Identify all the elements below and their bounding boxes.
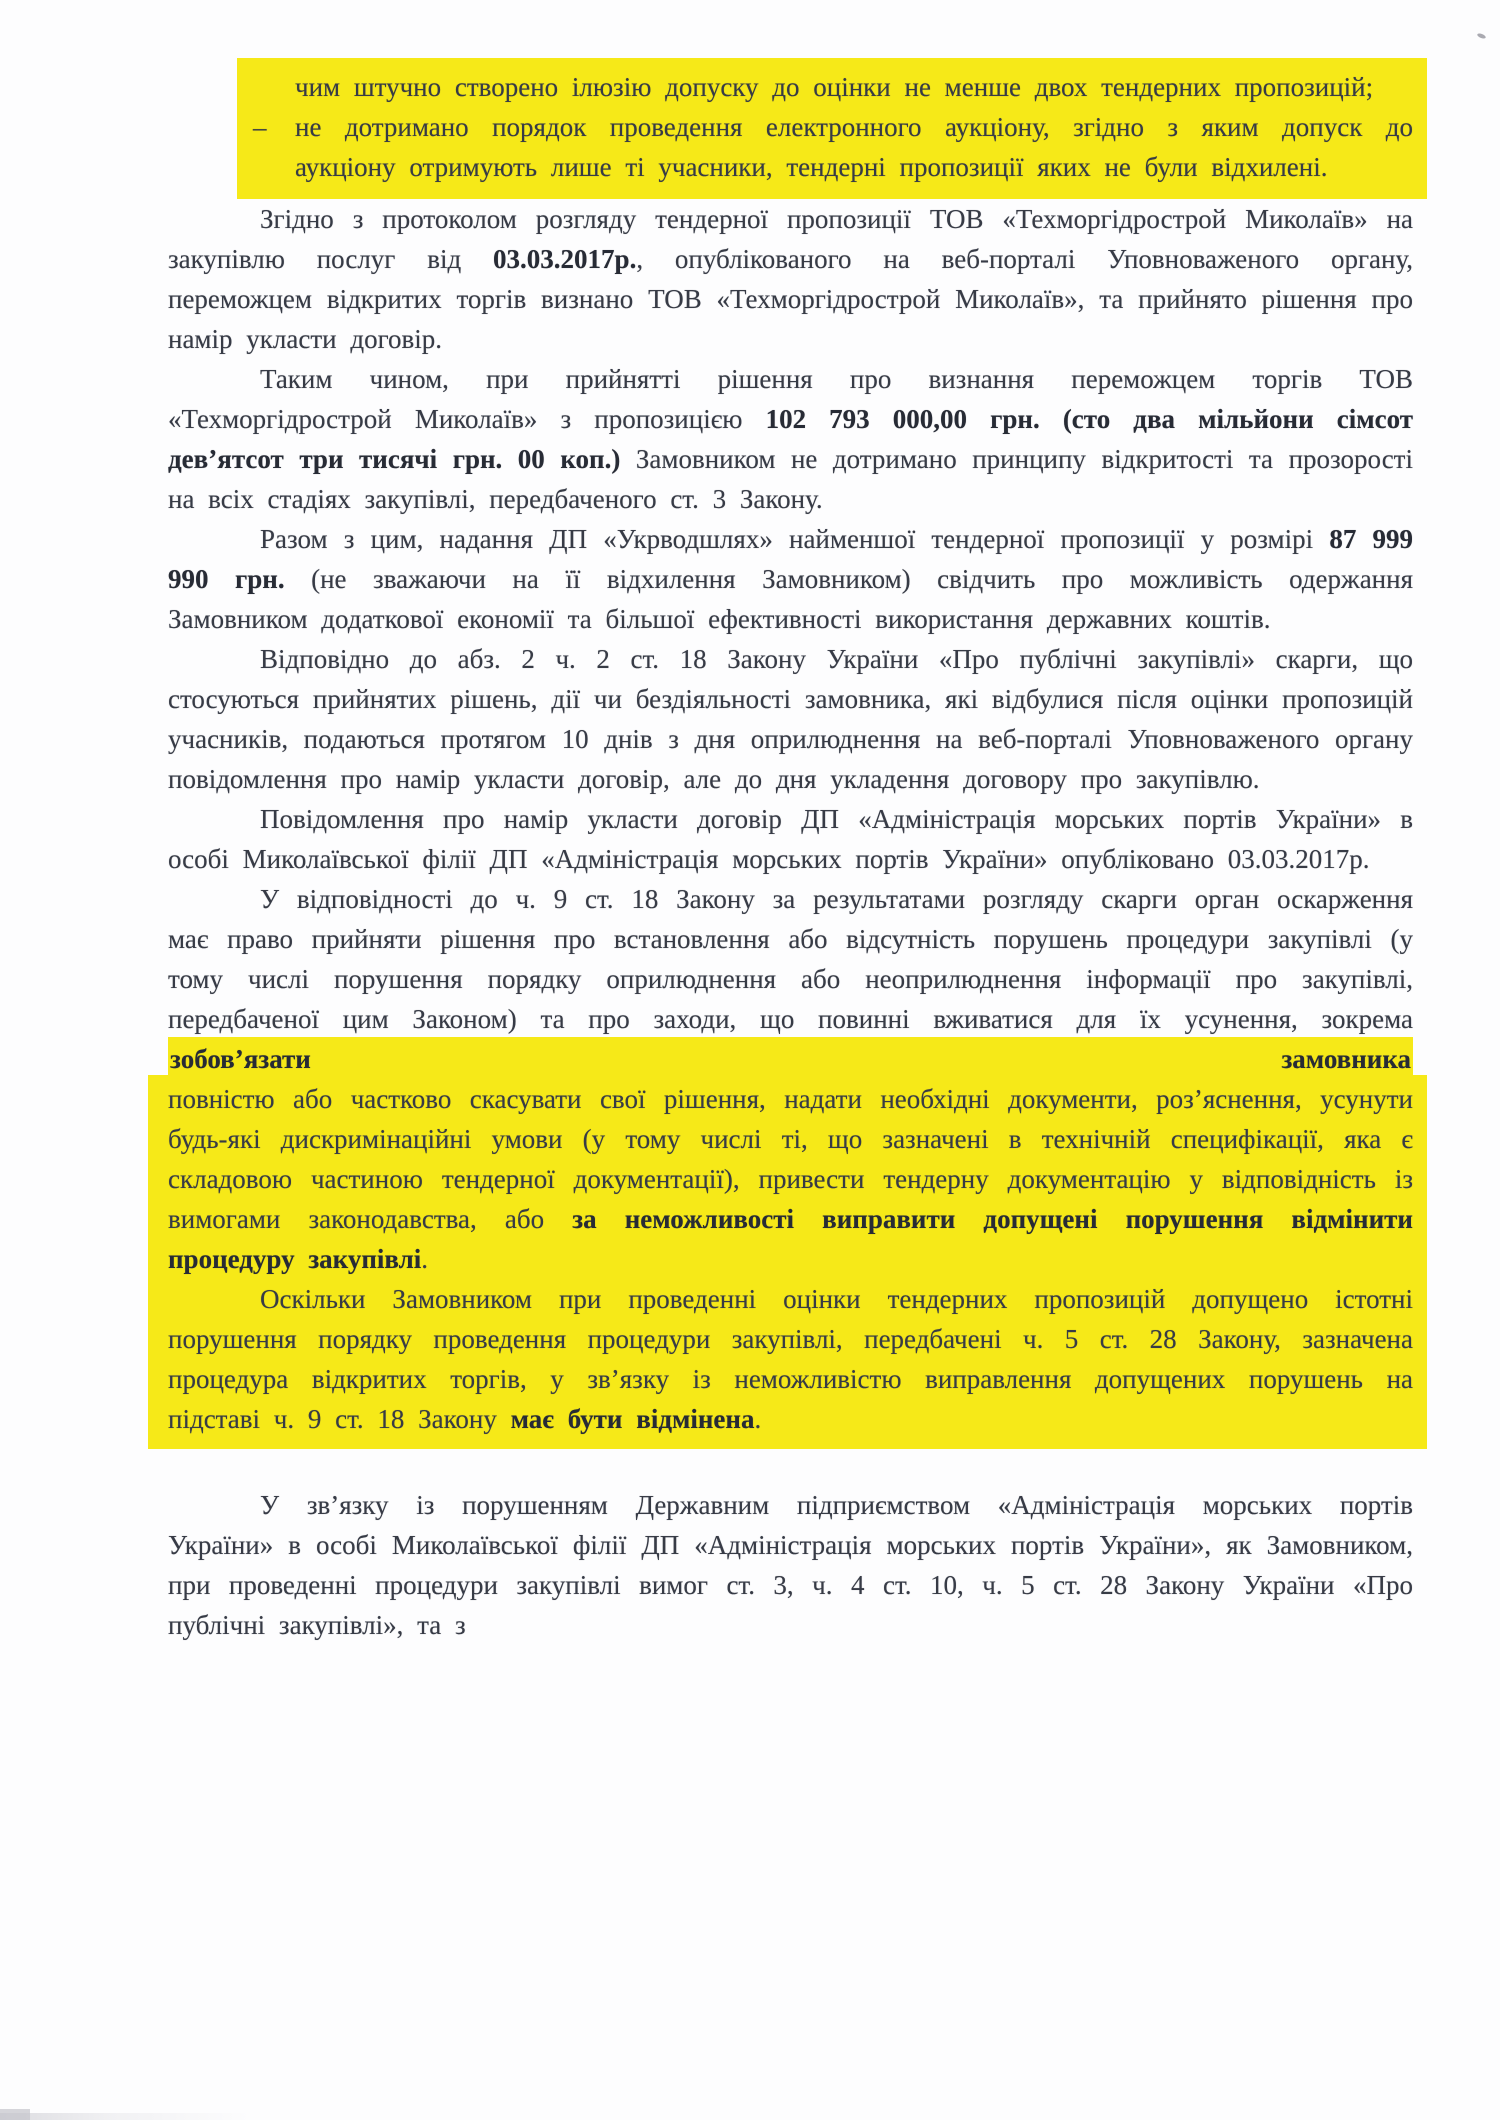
scan-speck-top-right [1477, 32, 1487, 39]
paragraph-violation-summary: У зв’язку із порушенням Державним підпри… [168, 1485, 1413, 1645]
bold-text: 03.03.2017р. [493, 244, 636, 274]
text: Разом з цим, надання ДП «Укрводшлях» най… [260, 524, 1329, 554]
text: Оскільки Замовником при проведенні оцінк… [168, 1284, 1413, 1434]
text: У зв’язку із порушенням Державним підпри… [168, 1490, 1413, 1640]
list-item: чим штучно створено ілюзію допуску до оц… [295, 67, 1413, 107]
text: Повідомлення про намір укласти договір Д… [168, 804, 1413, 874]
text: (не зважаючи на її відхилення Замовником… [168, 564, 1413, 634]
bold-text: має бути відмінена [511, 1404, 755, 1434]
highlighted-text: зобов’язати замовника [168, 1037, 1413, 1082]
text: У відповідності до ч. 9 ст. 18 Закону за… [168, 884, 1413, 1034]
paragraph-obligations: повністю або частково скасувати свої ріш… [168, 1079, 1413, 1279]
paragraph-review-body: У відповідності до ч. 9 ст. 18 Закону за… [168, 879, 1413, 1079]
document-content: чим штучно створено ілюзію допуску до оц… [168, 58, 1413, 1645]
text: Відповідно до абз. 2 ч. 2 ст. 18 Закону … [168, 644, 1413, 794]
paragraph-cancellation: Оскільки Замовником при проведенні оцінк… [168, 1279, 1413, 1439]
paragraph-winner-price: Таким чином, при прийнятті рішення про в… [168, 359, 1413, 519]
text: . [754, 1404, 761, 1434]
paragraph-law-art18: Відповідно до абз. 2 ч. 2 ст. 18 Закону … [168, 639, 1413, 799]
list-item-text: не дотримано порядок проведення електрон… [295, 112, 1413, 182]
list-item-text: чим штучно створено ілюзію допуску до оц… [295, 72, 1373, 102]
scan-corner-bottom-left [0, 2109, 30, 2120]
text: . [421, 1244, 428, 1274]
highlighted-block-bottom: повністю або частково скасувати свої ріш… [148, 1075, 1427, 1449]
dash-bullet: – [253, 107, 267, 147]
list-item: –не дотримано порядок проведення електро… [295, 107, 1413, 187]
paragraph-lowest-bid: Разом з цим, надання ДП «Укрводшлях» най… [168, 519, 1413, 639]
paragraph-protocol: Згідно з протоколом розгляду тендерної п… [168, 199, 1413, 359]
scanned-document-page: чим штучно створено ілюзію допуску до оц… [0, 0, 1500, 2120]
paragraph-notice-published: Повідомлення про намір укласти договір Д… [168, 799, 1413, 879]
highlighted-list-top: чим штучно створено ілюзію допуску до оц… [237, 58, 1427, 199]
scan-smudge-bottom-left [0, 2113, 250, 2120]
